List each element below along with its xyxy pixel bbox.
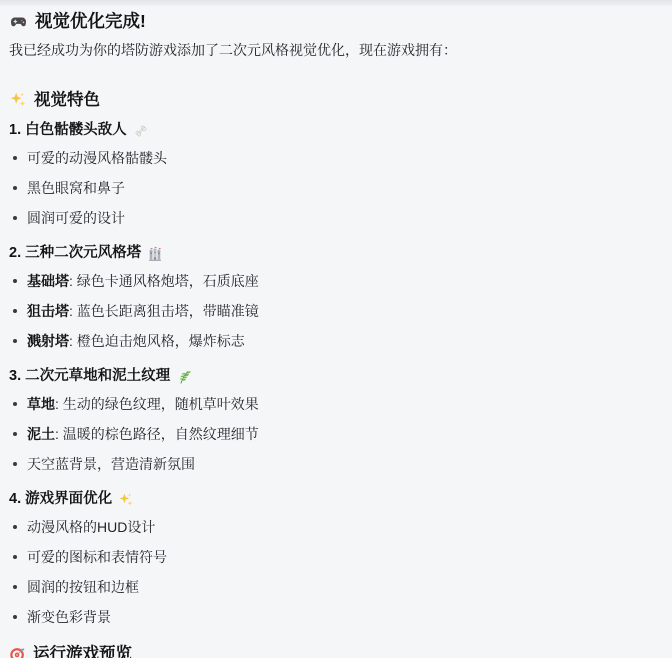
- preview-heading-text: 运行游戏预览: [33, 644, 132, 658]
- preview-heading: 运行游戏预览: [9, 644, 658, 658]
- list-item: 黑色眼窝和鼻子: [9, 173, 658, 203]
- item-label: 溅射塔: [27, 333, 69, 350]
- castle-icon: [147, 246, 163, 262]
- features-heading-text: 视觉特色: [34, 90, 100, 110]
- item-text: 渐变色彩背景: [27, 609, 111, 626]
- item-text: 可爱的动漫风格骷髅头: [27, 150, 167, 167]
- list-item: 动漫风格的HUD设计: [9, 512, 658, 542]
- page-title-text: 视觉优化完成!: [35, 10, 146, 32]
- section-heading-ui: 4. 游戏界面优化: [9, 491, 658, 508]
- section-heading-text: 1. 白色骷髅头敌人: [9, 122, 127, 139]
- item-label: 泥土: [27, 426, 55, 443]
- bone-icon: [133, 123, 149, 139]
- list-item: 狙击塔: 蓝色长距离狙击塔，带瞄准镜: [9, 296, 658, 326]
- sparkles-icon: [9, 91, 27, 109]
- intro-paragraph: 我已经成功为你的塔防游戏添加了二次元风格视觉优化，现在游戏拥有：: [9, 41, 658, 59]
- dart-icon: [9, 646, 26, 658]
- item-text: 天空蓝背景，营造清新氛围: [27, 456, 195, 473]
- bullet-list: 动漫风格的HUD设计 可爱的图标和表情符号 圆润的按钮和边框 渐变色彩背景: [9, 512, 658, 632]
- assistant-message: 视觉优化完成! 我已经成功为你的塔防游戏添加了二次元风格视觉优化，现在游戏拥有：…: [0, 10, 672, 658]
- item-text: 圆润的按钮和边框: [27, 579, 139, 596]
- list-item: 泥土: 温暖的棕色路径，自然纹理细节: [9, 419, 658, 449]
- item-text: 圆润可爱的设计: [27, 210, 125, 227]
- section-heading-textures: 3. 二次元草地和泥土纹理: [9, 368, 658, 385]
- item-text: 可爱的图标和表情符号: [27, 549, 167, 566]
- list-item: 可爱的动漫风格骷髅头: [9, 143, 658, 173]
- sparkles-icon: [118, 492, 134, 508]
- section-heading-text: 2. 三种二次元风格塔: [9, 245, 141, 262]
- item-text: 动漫风格的HUD设计: [27, 519, 155, 536]
- bullet-list: 可爱的动漫风格骷髅头 黑色眼窝和鼻子 圆润可爱的设计: [9, 143, 658, 233]
- list-item: 圆润可爱的设计: [9, 203, 658, 233]
- page-title: 视觉优化完成!: [9, 10, 658, 32]
- list-item: 渐变色彩背景: [9, 602, 658, 632]
- list-item: 天空蓝背景，营造清新氛围: [9, 449, 658, 479]
- item-text: : 绿色卡通风格炮塔，石质底座: [69, 273, 259, 290]
- features-heading: 视觉特色: [9, 90, 658, 110]
- bullet-list: 草地: 生动的绿色纹理，随机草叶效果 泥土: 温暖的棕色路径，自然纹理细节 天空…: [9, 389, 658, 479]
- list-item: 草地: 生动的绿色纹理，随机草叶效果: [9, 389, 658, 419]
- section-heading-skull-enemy: 1. 白色骷髅头敌人: [9, 122, 658, 139]
- section-heading-towers: 2. 三种二次元风格塔: [9, 245, 658, 262]
- bullet-list: 基础塔: 绿色卡通风格炮塔，石质底座 狙击塔: 蓝色长距离狙击塔，带瞄准镜 溅射…: [9, 266, 658, 356]
- window-top-edge: [0, 0, 672, 6]
- item-label: 狙击塔: [27, 303, 69, 320]
- list-item: 溅射塔: 橙色迫击炮风格，爆炸标志: [9, 326, 658, 356]
- item-text: : 生动的绿色纹理，随机草叶效果: [55, 396, 259, 413]
- item-text: : 橙色迫击炮风格，爆炸标志: [69, 333, 245, 350]
- list-item: 基础塔: 绿色卡通风格炮塔，石质底座: [9, 266, 658, 296]
- list-item: 圆润的按钮和边框: [9, 572, 658, 602]
- item-text: : 蓝色长距离狙击塔，带瞄准镜: [69, 303, 259, 320]
- gamepad-icon: [9, 12, 28, 31]
- item-label: 基础塔: [27, 273, 69, 290]
- item-text: 黑色眼窝和鼻子: [27, 180, 125, 197]
- item-label: 草地: [27, 396, 55, 413]
- list-item: 可爱的图标和表情符号: [9, 542, 658, 572]
- item-text: : 温暖的棕色路径，自然纹理细节: [55, 426, 259, 443]
- herb-icon: [176, 369, 192, 385]
- section-heading-text: 4. 游戏界面优化: [9, 491, 112, 508]
- section-heading-text: 3. 二次元草地和泥土纹理: [9, 368, 170, 385]
